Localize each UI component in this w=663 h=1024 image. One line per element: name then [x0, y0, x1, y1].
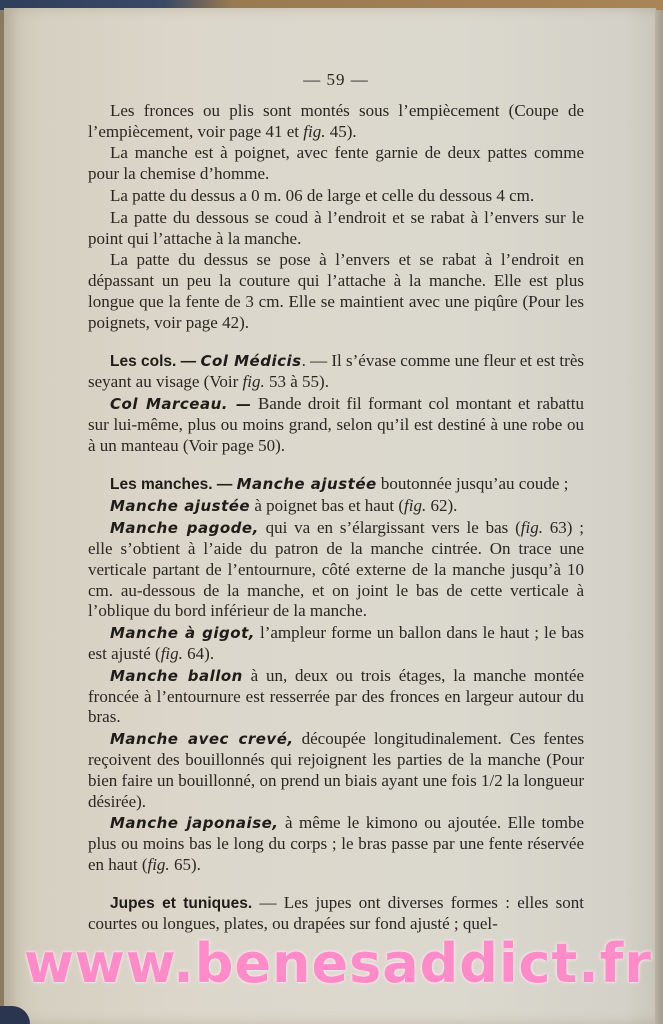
section-gap — [88, 458, 584, 474]
paragraph: Manche pagode, qui va en s’élargissant v… — [88, 518, 584, 622]
section-heading: Les cols. — — [110, 353, 196, 370]
term: Manche avec crevé, — [110, 730, 294, 748]
paragraph-text: qui va en s’élargissant vers le bas ( — [259, 518, 521, 537]
section-heading: Les manches. — — [110, 476, 232, 493]
fig-ref: fig. — [161, 644, 183, 663]
paragraph-text: boutonnée jusqu’au coude ; — [377, 474, 569, 493]
paragraph-text: 45). — [325, 122, 356, 141]
paragraph: Manche japonaise, à même le kimono ou aj… — [88, 813, 584, 875]
paragraph-text: 65). — [170, 855, 201, 874]
section-jupes: Jupes et tuniques. — Les jupes ont diver… — [88, 893, 584, 936]
section-gap — [88, 335, 584, 351]
term: Col Marceau. — — [110, 395, 251, 413]
section-heading: Jupes et tuniques. — [110, 895, 252, 912]
term: Manche à gigot, — [110, 624, 255, 642]
page-gutter-edge — [655, 10, 663, 1024]
term: Manche pagode, — [110, 519, 259, 537]
fig-ref: fig. — [404, 496, 426, 515]
term: Manche japonaise, — [110, 814, 279, 832]
paragraph-text: à poignet bas et haut ( — [250, 496, 404, 515]
fig-ref: fig. — [147, 855, 169, 874]
paragraph: Les fronces ou plis sont montés sous l’e… — [88, 101, 584, 143]
term: Col Médicis — [200, 352, 301, 370]
page-number: — 59 — — [88, 70, 584, 91]
paragraph: Manche ajustée à poignet bas et haut (fi… — [88, 496, 584, 517]
paragraph: La patte du dessus se pose à l’envers et… — [88, 250, 584, 333]
paragraph: La patte du dessus a 0 m. 06 de large et… — [88, 186, 584, 207]
fig-ref: fig. — [303, 122, 325, 141]
section-gap — [88, 877, 584, 893]
paragraph: La patte du dessous se coud à l’endroit … — [88, 208, 584, 250]
paragraph: Manche avec crevé, découpée longitudinal… — [88, 729, 584, 812]
term: Manche ballon — [110, 667, 243, 685]
paragraph-text: 53 à 55). — [265, 372, 329, 391]
paragraph-text: 62). — [426, 496, 457, 515]
paragraph: Col Marceau. — Bande droit fil formant c… — [88, 394, 584, 456]
section-cols: Les cols. — Col Médicis. — Il s’évase co… — [88, 351, 584, 394]
term: Manche ajustée — [110, 497, 250, 515]
fig-ref: fig. — [243, 372, 265, 391]
fig-ref: fig. — [521, 518, 543, 537]
page-text: — 59 — Les fronces ou plis sont montés s… — [88, 70, 584, 936]
paragraph: Manche ballon à un, deux ou trois étages… — [88, 666, 584, 728]
paragraph-text: 64). — [183, 644, 214, 663]
term: Manche ajustée — [237, 475, 377, 493]
paragraph: Manche à gigot, l’ampleur forme un ballo… — [88, 623, 584, 665]
section-manches: Les manches. — Manche ajustée boutonnée … — [88, 474, 584, 496]
paragraph: La manche est à poignet, avec fente garn… — [88, 143, 584, 185]
watermark-url: www.benesaddict.fr — [24, 932, 644, 995]
